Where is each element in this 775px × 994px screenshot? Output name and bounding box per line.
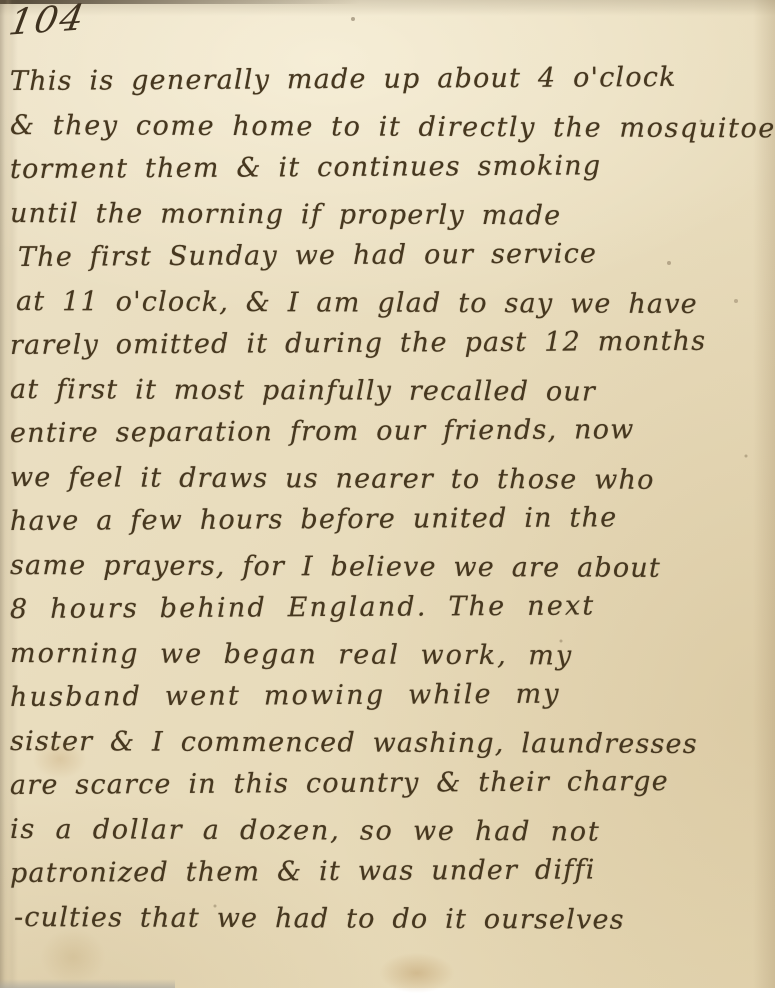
page-number: 104 bbox=[6, 0, 89, 44]
manuscript-line: rarely omitted it during the past 12 mon… bbox=[10, 319, 771, 368]
scanner-bed-sliver bbox=[0, 979, 175, 988]
paper-specks bbox=[0, 0, 2, 2]
manuscript-text: This is generally made up about 4 o'cloc… bbox=[10, 60, 771, 940]
manuscript-line: This is generally made up about 4 o'cloc… bbox=[10, 55, 771, 104]
manuscript-line: entire separation from our friends, now bbox=[10, 407, 771, 456]
manuscript-line: torment them & it continues smoking bbox=[10, 143, 771, 192]
manuscript-page-scan: 104 This is generally made up about 4 o'… bbox=[0, 0, 775, 988]
manuscript-line: The first Sunday we had our service bbox=[10, 231, 771, 280]
manuscript-line: have a few hours before united in the bbox=[10, 495, 771, 544]
manuscript-line: 8 hours behind England. The next bbox=[10, 583, 771, 632]
manuscript-line: husband went mowing while my bbox=[10, 671, 771, 720]
manuscript-line: -culties that we had to do it ourselves bbox=[10, 896, 771, 943]
manuscript-line: are scarce in this country & their charg… bbox=[10, 759, 771, 808]
manuscript-line: patronized them & it was under diffi bbox=[10, 847, 771, 896]
paper-stain bbox=[378, 952, 456, 988]
